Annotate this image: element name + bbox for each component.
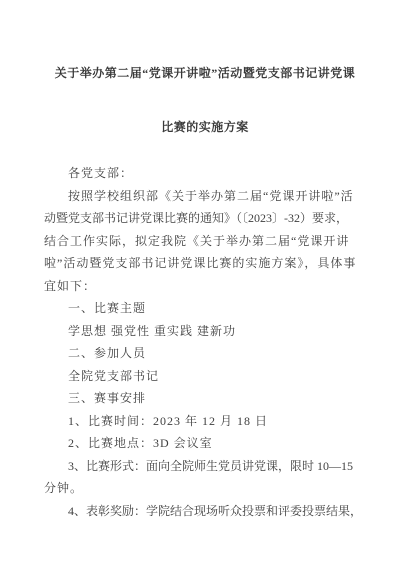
- document-line-item-3: 3、比赛形式：面向全院师生党员讲党课，限时 10—15: [44, 455, 366, 478]
- document-title-line-1: 关于举办第二届“党课开讲啦”活动暨党支部书记讲党课: [0, 64, 410, 81]
- document-line-item-1: 1、比赛时间：2023 年 12 月 18 日: [44, 410, 366, 433]
- document-line: 按照学校组织部《关于举办第二届“党课开讲啦”活: [44, 185, 366, 208]
- document-page: 关于举办第二届“党课开讲啦”活动暨党支部书记讲党课 比赛的实施方案 各党支部： …: [0, 0, 410, 580]
- document-line: 学思想 强党性 重实践 建新功: [44, 320, 366, 343]
- document-line: 全院党支部书记: [44, 365, 366, 388]
- document-line: 宜如下：: [44, 275, 366, 298]
- document-body: 各党支部： 按照学校组织部《关于举办第二届“党课开讲啦”活 动暨党支部书记讲党课…: [44, 162, 366, 522]
- document-line: 啦”活动暨党支部书记讲党课比赛的实施方案》，具体事: [44, 252, 366, 275]
- document-line: 结合工作实际，拟定我院《关于举办第二届“党课开讲: [44, 230, 366, 253]
- document-line-item-4: 4、表彰奖励：学院结合现场听众投票和评委投票结果，: [44, 500, 366, 523]
- document-line-heading-3: 三、赛事安排: [44, 387, 366, 410]
- document-line-salutation: 各党支部：: [44, 162, 366, 185]
- document-line-item-2: 2、比赛地点：3D 会议室: [44, 432, 366, 455]
- document-title-line-2: 比赛的实施方案: [0, 118, 410, 135]
- document-line-heading-2: 二、参加人员: [44, 342, 366, 365]
- document-line-heading-1: 一、比赛主题: [44, 297, 366, 320]
- document-line: 分钟。: [44, 477, 366, 500]
- document-line: 动暨党支部书记讲党课比赛的通知》（〔2023〕-32）要求，: [44, 207, 366, 230]
